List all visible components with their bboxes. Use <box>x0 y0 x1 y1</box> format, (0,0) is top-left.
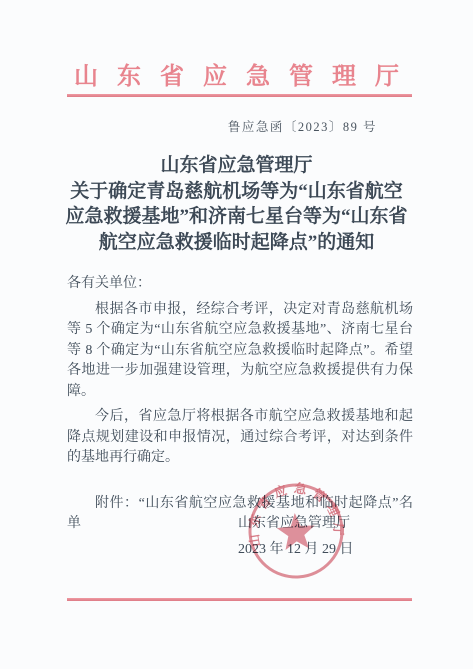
seal-star-icon <box>276 512 316 551</box>
notice-title-line-4: 航空应急救援临时起降点”的通知 <box>0 230 473 256</box>
official-seal: 山东省应急管理厅 <box>237 472 354 589</box>
body-paragraph-1: 根据各市申报，经综合考评，决定对青岛慈航机场等 5 个确定为“山东省航空应急救援… <box>67 300 413 403</box>
notice-title-line-1: 山东省应急管理厅 <box>0 153 473 179</box>
notice-title: 山东省应急管理厅 关于确定青岛慈航机场等为“山东省航空 应急救援基地”和济南七星… <box>0 153 473 255</box>
notice-title-line-2: 关于确定青岛慈航机场等为“山东省航空 <box>0 179 473 205</box>
letterhead-divider <box>67 94 412 97</box>
official-document-page: 山东省应急管理厅 鲁应急函〔2023〕89 号 山东省应急管理厅 关于确定青岛慈… <box>0 0 473 669</box>
footer-divider <box>67 598 412 601</box>
letterhead-agency-name: 山东省应急管理厅 <box>0 56 473 91</box>
notice-title-line-3: 应急救援基地”和济南七星台等为“山东省 <box>0 204 473 230</box>
document-reference-number: 鲁应急函〔2023〕89 号 <box>228 117 377 135</box>
body-paragraph-2: 今后，省应急厅将根据各市航空应急救援基地和起降点规划建设和申报情况，通过综合考评… <box>67 407 413 469</box>
salutation: 各有关单位： <box>67 274 413 295</box>
